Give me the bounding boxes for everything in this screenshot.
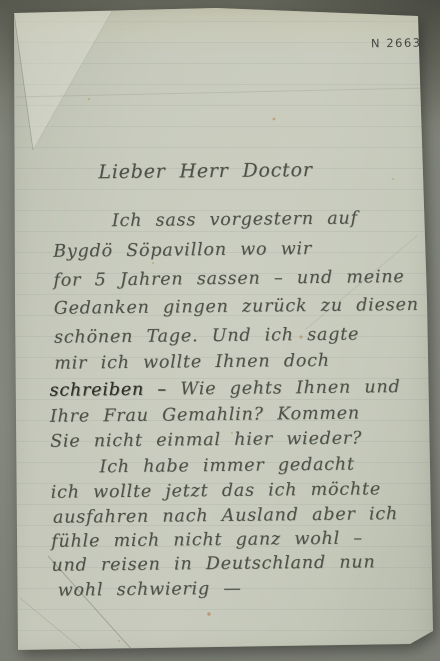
handwriting-line: mir ich wollte Ihnen doch <box>54 351 330 374</box>
salutation-line: Lieber Herr Doctor <box>98 160 313 182</box>
handwriting-line: wohl schwierig — <box>58 579 242 601</box>
overwritten-word: schreiben – <box>50 380 168 401</box>
handwriting-line: schönen Tage. Und ich sagte <box>54 325 359 348</box>
handwriting-line: Ich habe immer gedacht <box>99 455 355 478</box>
letter-paper-shadow: N 2663 Lieber Herr Doctor Ich sass vorge… <box>0 0 440 661</box>
handwriting-line: Ihre Frau Gemahlin? Kommen <box>50 404 360 427</box>
handwriting-line: Bygdö Söpavillon wo wir <box>53 239 312 262</box>
photo-background: N 2663 Lieber Herr Doctor Ich sass vorge… <box>0 0 440 661</box>
handwriting-line: und reisen in Deutschland nun <box>51 552 375 575</box>
handwriting-line: Gedanken gingen zurück zu diesen <box>54 295 419 319</box>
handwriting-line: ausfahren nach Ausland aber ich <box>53 504 398 528</box>
letter-body: Lieber Herr Doctor Ich sass vorgestern a… <box>0 0 440 661</box>
handwriting-line: for 5 Jahren sassen – und meine <box>53 267 404 291</box>
handwriting-line: Ich sass vorgestern auf <box>112 209 358 232</box>
handwriting-line: ich wollte jetzt das ich möchte <box>51 479 382 502</box>
letter-paper: N 2663 Lieber Herr Doctor Ich sass vorge… <box>0 0 440 661</box>
handwriting-line-rest: Wie gehts Ihnen und <box>180 377 400 399</box>
handwriting-line: Sie nicht einmal hier wieder? <box>50 429 362 452</box>
handwriting-line: fühle mich nicht ganz wohl – <box>51 529 363 552</box>
foxing-spots <box>0 0 2 2</box>
handwriting-line: schreiben – Wie gehts Ihnen und <box>50 377 401 401</box>
